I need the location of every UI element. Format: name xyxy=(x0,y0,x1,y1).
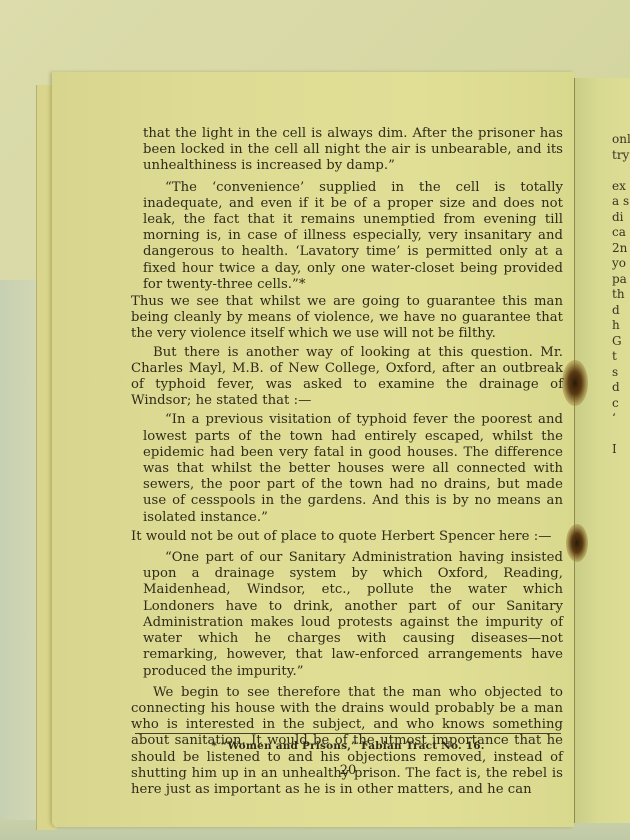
paragraph: “The ‘convenience’ supplied in the cell … xyxy=(131,180,563,293)
paragraph: Thus we see that whilst we are going to … xyxy=(131,294,563,343)
burn-stain xyxy=(566,524,588,562)
footnote: * “Women and Prisons,” Fabian Tract No. … xyxy=(135,740,561,752)
page-body-text: that the light in the cell is always dim… xyxy=(131,126,563,798)
footnote-divider xyxy=(135,733,561,734)
adjacent-page-text: onl try ex a s di ca 2n yo pa th d h G t… xyxy=(612,132,630,458)
paragraph: It would not be out of place to quote He… xyxy=(131,529,563,545)
paragraph: “One part of our Sanitary Administration… xyxy=(131,550,563,680)
paragraph: that the light in the cell is always dim… xyxy=(131,126,563,175)
page-number: 20 xyxy=(135,763,561,778)
burn-stain xyxy=(562,360,588,406)
paragraph: But there is another way of looking at t… xyxy=(131,345,563,410)
paragraph: “In a previous visitation of typhoid fev… xyxy=(131,412,563,525)
